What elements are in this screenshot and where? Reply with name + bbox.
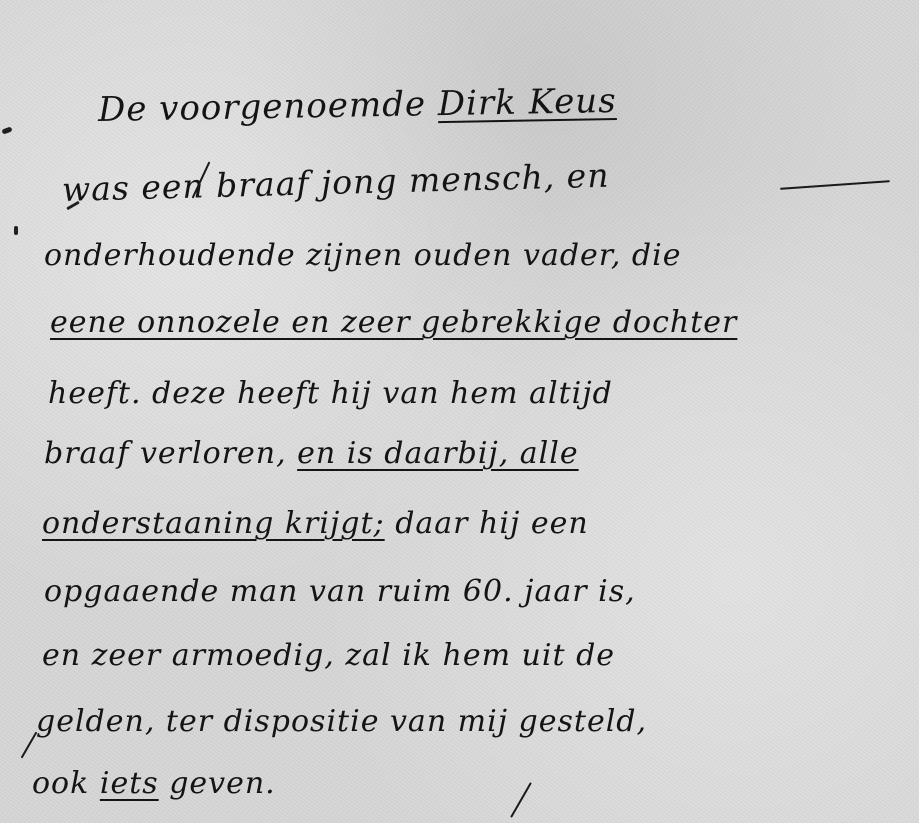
manuscript-line-10: gelden, ter dispositie van mij gesteld, (36, 704, 647, 739)
line-text: daar hij een (385, 506, 589, 541)
underlined-phrase: onderstaaning krijgt; (42, 506, 385, 541)
line-text: eene onnozele en zeer gebrekkige dochter (50, 305, 737, 340)
manuscript-line-6: braaf verloren, en is daarbij, alle (44, 436, 579, 471)
line-text: heeft. deze heeft hij van hem altijd (48, 376, 613, 411)
manuscript-line-5: heeft. deze heeft hij van hem altijd (48, 376, 613, 411)
line-text: opgaaende man van ruim 60. jaar is, (44, 574, 636, 609)
margin-mark (1, 126, 12, 134)
manuscript-line-4: eene onnozele en zeer gebrekkige dochter (50, 305, 737, 340)
ink-stroke (510, 782, 532, 818)
underlined-name: Dirk Keus (438, 81, 617, 124)
manuscript-line-3: onderhoudende zijnen ouden vader, die (44, 238, 681, 273)
line-text: en zeer armoedig, zal ik hem uit de (42, 638, 615, 673)
manuscript-line-7: onderstaaning krijgt; daar hij een (42, 506, 589, 541)
manuscript-line-2: was een braaf jong mensch, en (61, 156, 609, 209)
margin-mark (14, 226, 18, 235)
line-text: was een braaf jong mensch, en (61, 156, 609, 209)
manuscript-line-8: opgaaende man van ruim 60. jaar is, (44, 574, 636, 609)
underlined-phrase: en is daarbij, alle (297, 436, 578, 471)
scanned-page: De voorgenoemde Dirk Keus was een braaf … (0, 0, 919, 823)
line-text: onderhoudende zijnen ouden vader, die (44, 238, 681, 273)
line-text-tail: geven. (159, 766, 276, 801)
ink-stroke (21, 732, 38, 759)
manuscript-line-1: De voorgenoemde Dirk Keus (98, 81, 617, 130)
line-text: braaf verloren, (44, 436, 297, 471)
line-text: De voorgenoemde (98, 84, 439, 130)
line-text: gelden, ter dispositie van mij gesteld, (36, 704, 647, 739)
line-text: ook (32, 766, 100, 801)
underlined-word: iets (100, 766, 159, 801)
line-flourish (780, 180, 890, 190)
manuscript-line-11: ook iets geven. (32, 766, 276, 801)
manuscript-line-9: en zeer armoedig, zal ik hem uit de (42, 638, 615, 673)
